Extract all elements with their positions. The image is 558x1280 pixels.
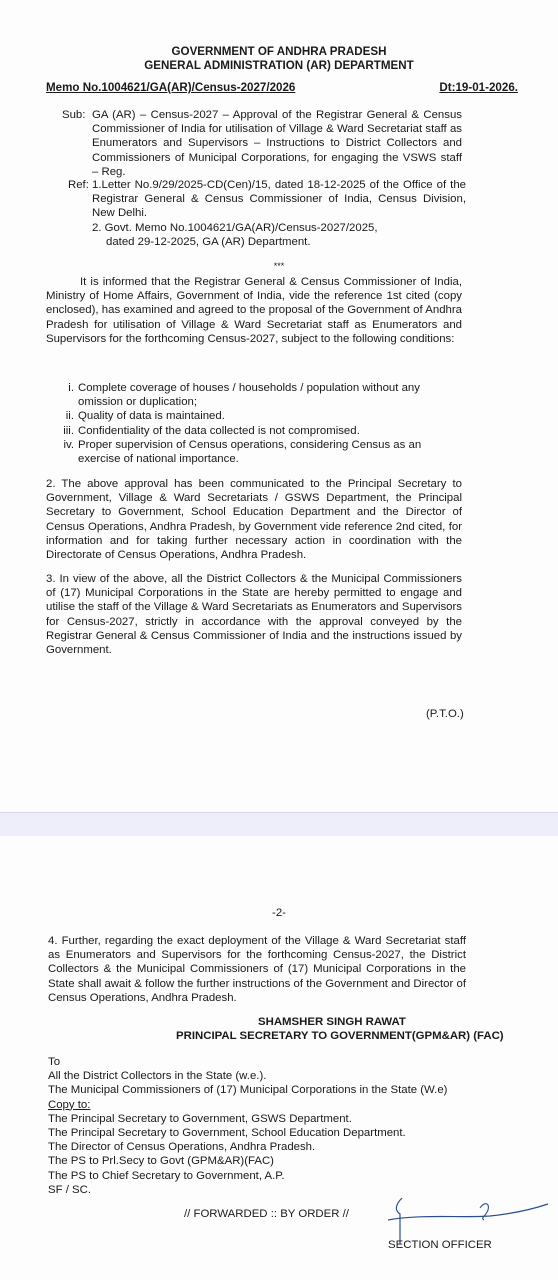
reference-2: 2. Govt. Memo No.1004621/GA(AR)/Census-2… xyxy=(92,221,466,249)
distribution-block: To All the District Collectors in the St… xyxy=(48,1055,518,1197)
paragraph-1: It is informed that the Registrar Genera… xyxy=(46,275,462,346)
copy-recipient: The PS to Chief Secretary to Government,… xyxy=(48,1169,518,1183)
header-government: GOVERNMENT OF ANDHRA PRADESH xyxy=(0,45,558,59)
recipient: The Municipal Commissioners of (17) Muni… xyxy=(48,1083,518,1097)
copy-recipient: The PS to Prl.Secy to Govt (GPM&AR)(FAC) xyxy=(48,1154,518,1168)
paragraph-2: 2. The above approval has been communica… xyxy=(46,477,462,562)
forwarded-by-order: // FORWARDED :: BY ORDER // xyxy=(184,1207,349,1221)
please-turn-over: (P.T.O.) xyxy=(426,707,464,721)
reference-1: 1.Letter No.9/29/2025-CD(Cen)/15, dated … xyxy=(92,178,466,221)
subject-label: Sub: xyxy=(62,108,92,179)
to-label: To xyxy=(48,1055,518,1069)
recipient: All the District Collectors in the State… xyxy=(48,1069,518,1083)
condition-item: ii. Quality of data is maintained. xyxy=(46,409,466,423)
references-label: Ref: xyxy=(68,178,92,249)
memo-number: Memo No.1004621/GA(AR)/Census-2027/2026 xyxy=(46,81,295,95)
copy-recipient: The Principal Secretary to Government, G… xyxy=(48,1112,518,1126)
paragraph-3: 3. In view of the above, all the Distric… xyxy=(46,572,462,657)
condition-item: i. Complete coverage of houses / househo… xyxy=(46,381,466,409)
references-block: Ref: 1.Letter No.9/29/2025-CD(Cen)/15, d… xyxy=(68,178,466,249)
copy-recipient: The Principal Secretary to Government, S… xyxy=(48,1126,518,1140)
copy-to-label: Copy to: xyxy=(48,1098,518,1112)
separator-stars: *** xyxy=(0,259,558,273)
subject-block: Sub: GA (AR) – Census-2027 – Approval of… xyxy=(62,108,462,179)
subject-text: GA (AR) – Census-2027 – Approval of the … xyxy=(92,108,462,179)
paragraph-4: 4. Further, regarding the exact deployme… xyxy=(48,934,466,1005)
condition-item: iii. Confidentiality of the data collect… xyxy=(46,424,466,438)
page-number: -2- xyxy=(0,906,558,920)
signatory-name: SHAMSHER SINGH RAWAT xyxy=(258,1015,406,1029)
memo-date: Dt:19-01-2026. xyxy=(439,81,518,95)
section-officer-label: SECTION OFFICER xyxy=(388,1238,492,1252)
page-break xyxy=(0,812,558,836)
document-page-1: GOVERNMENT OF ANDHRA PRADESH GENERAL ADM… xyxy=(0,0,558,812)
conditions-list: i. Complete coverage of houses / househo… xyxy=(46,381,466,466)
signatory-title: PRINCIPAL SECRETARY TO GOVERNMENT(GPM&AR… xyxy=(176,1029,504,1043)
header-department: GENERAL ADMINISTRATION (AR) DEPARTMENT xyxy=(0,59,558,73)
copy-recipient: The Director of Census Operations, Andhr… xyxy=(48,1140,518,1154)
condition-item: iv. Proper supervision of Census operati… xyxy=(46,438,466,466)
memo-line: Memo No.1004621/GA(AR)/Census-2027/2026 … xyxy=(46,81,518,95)
